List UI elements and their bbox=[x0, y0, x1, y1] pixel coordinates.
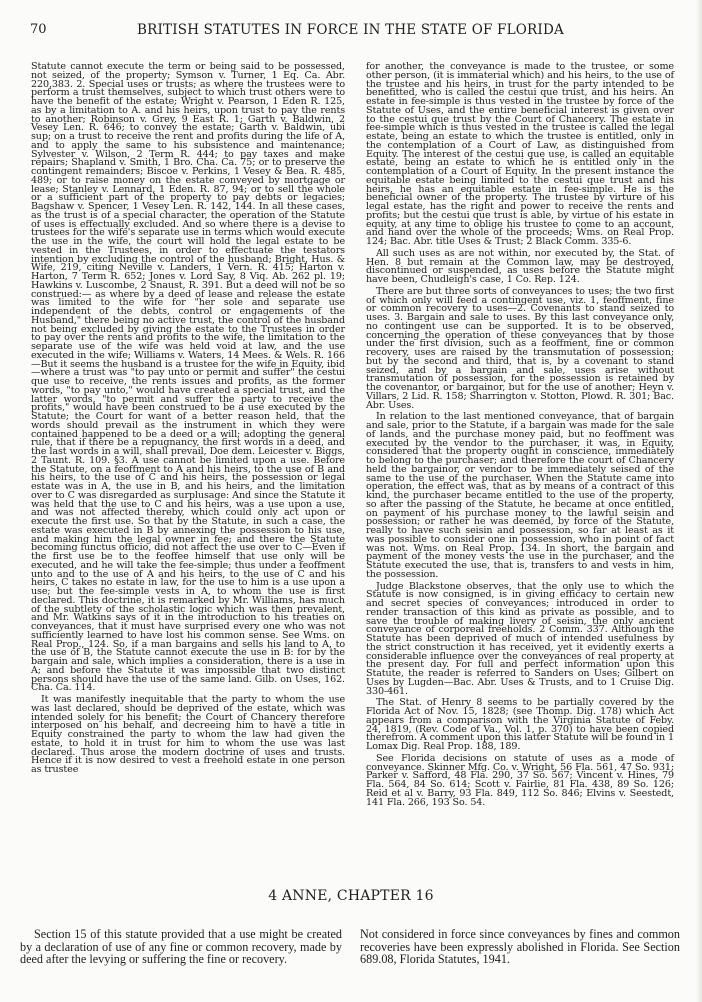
page-number: 70 bbox=[30, 22, 47, 37]
page-header: 70 BRITISH STATUTES IN FORCE IN THE STAT… bbox=[0, 22, 702, 42]
left-column: Statute cannot execute the term or being… bbox=[31, 63, 345, 778]
page-edge-shadow bbox=[696, 0, 702, 1002]
statute-summary: Section 15 of this statute provided that… bbox=[20, 928, 342, 966]
commentary-paragraph: The Stat. of Henry 8 seems to be partial… bbox=[366, 699, 674, 752]
commentary-paragraph: In relation to the last mentioned convey… bbox=[366, 413, 674, 579]
right-column: for another, the conveyance is made to t… bbox=[366, 63, 674, 810]
commentary-paragraph: for another, the conveyance is made to t… bbox=[366, 63, 674, 247]
commentary-paragraph: It was manifestly inequitable that the p… bbox=[31, 696, 345, 775]
commentary-paragraph: See Florida decisions on statute of uses… bbox=[366, 755, 674, 808]
chapter-heading: 4 ANNE, CHAPTER 16 bbox=[0, 888, 702, 904]
commentary-paragraph: There are but three sorts of conveyances… bbox=[366, 288, 674, 411]
statute-status-note: Not considered in force since conveyance… bbox=[360, 928, 680, 966]
commentary-paragraph: Statute cannot execute the term or being… bbox=[31, 63, 345, 693]
running-head: BRITISH STATUTES IN FORCE IN THE STATE O… bbox=[137, 22, 564, 38]
commentary-paragraph: All such uses as are not within, nor exe… bbox=[366, 250, 674, 285]
commentary-paragraph: Judge Blackstone observes, that the only… bbox=[366, 583, 674, 697]
